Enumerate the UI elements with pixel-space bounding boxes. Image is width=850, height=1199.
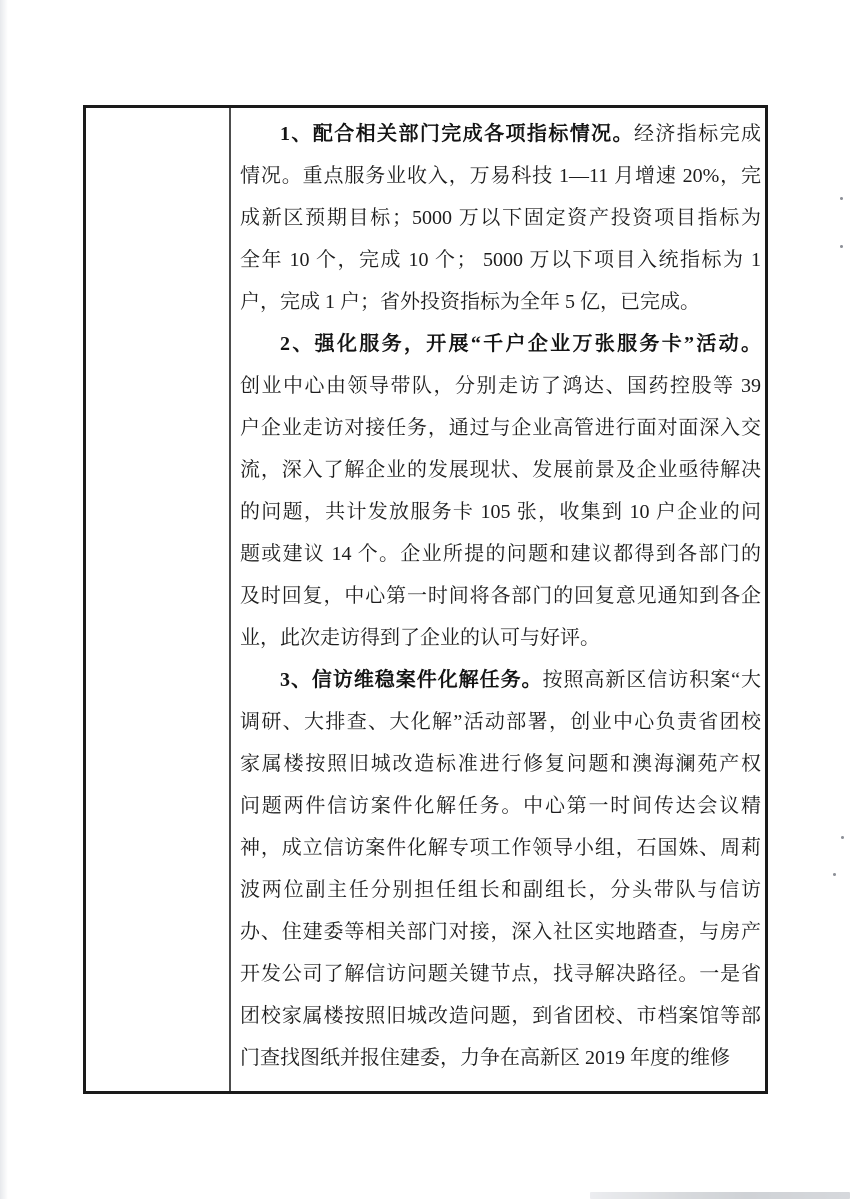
paragraph-text: 创业中心由领导带队，分别走访了鸿达、国药控股等 39 [240,375,761,397]
scanned-document-page: 1、配合相关部门完成各项指标情况。经济指标完成情况。重点服务业收入，万易科技 1… [0,0,850,1199]
paragraph-text: 门查找图纸并报住建委，力争在高新区 2019 年度的维修 [240,1047,730,1069]
paragraph-text: 的问题，共计发放服务卡 105 张，收集到 10 户企业的问 [240,501,761,523]
paragraph-text: 流，深入了解企业的发展现状、发展前景及企业亟待解决 [240,459,761,481]
text-line: 问题两件信访案件化解任务。中心第一时间传达会议精 [240,785,761,827]
table-cell-content: 1、配合相关部门完成各项指标情况。经济指标完成情况。重点服务业收入，万易科技 1… [231,108,765,1091]
text-line: 2、强化服务，开展“千户企业万张服务卡”活动。 [240,323,761,365]
paragraph-text: 全年 10 个，完成 10 个； 5000 万以下项目入统指标为 1 [240,249,761,271]
text-line: 流，深入了解企业的发展现状、发展前景及企业亟待解决 [240,449,761,491]
paragraph-text: 业，此次走访得到了企业的认可与好评。 [240,627,600,649]
text-line: 及时回复，中心第一时间将各部门的回复意见通知到各企 [240,575,761,617]
scan-speck [840,197,843,200]
text-line: 波两位副主任分别担任组长和副组长，分头带队与信访 [240,869,761,911]
text-line: 办、住建委等相关部门对接，深入社区实地踏查，与房产 [240,911,761,953]
paragraph-text: 团校家属楼按照旧城改造问题，到省团校、市档案馆等部 [240,1005,761,1027]
text-line: 情况。重点服务业收入，万易科技 1—11 月增速 20%，完 [240,155,761,197]
text-line: 神，成立信访案件化解专项工作领导小组，石国姝、周莉 [240,827,761,869]
paragraph-lead-bold: 2、强化服务，开展“千户企业万张服务卡”活动。 [280,333,761,355]
paragraph-text: 按照高新区信访积案“大 [543,669,762,691]
text-line: 门查找图纸并报住建委，力争在高新区 2019 年度的维修 [240,1037,761,1079]
text-line: 创业中心由领导带队，分别走访了鸿达、国药控股等 39 [240,365,761,407]
text-line: 业，此次走访得到了企业的认可与好评。 [240,617,761,659]
paragraph-text: 办、住建委等相关部门对接，深入社区实地踏查，与房产 [240,921,761,943]
text-line: 团校家属楼按照旧城改造问题，到省团校、市档案馆等部 [240,995,761,1037]
paragraph-text: 户，完成 1 户；省外投资指标为全年 5 亿，已完成。 [240,291,700,313]
scan-edge-left [0,0,8,1199]
text-line: 的问题，共计发放服务卡 105 张，收集到 10 户企业的问 [240,491,761,533]
paragraph-text: 题或建议 14 个。企业所提的问题和建议都得到各部门的 [240,543,761,565]
text-line: 1、配合相关部门完成各项指标情况。经济指标完成 [240,113,761,155]
paragraph-lead-bold: 3、信访维稳案件化解任务。 [280,669,543,691]
paragraph-text: 问题两件信访案件化解任务。中心第一时间传达会议精 [240,795,761,817]
scan-speck [833,873,836,876]
table-cell-label [86,108,231,1091]
scan-speck [841,836,844,839]
text-line: 成新区预期目标；5000 万以下固定资产投资项目指标为 [240,197,761,239]
text-line: 题或建议 14 个。企业所提的问题和建议都得到各部门的 [240,533,761,575]
text-line: 全年 10 个，完成 10 个； 5000 万以下项目入统指标为 1 [240,239,761,281]
paragraph-text: 家属楼按照旧城改造标准进行修复问题和澳海澜苑产权 [240,753,761,775]
paragraph-text: 情况。重点服务业收入，万易科技 1—11 月增速 20%，完 [240,165,761,187]
text-line: 3、信访维稳案件化解任务。按照高新区信访积案“大 [240,659,761,701]
paragraph-text: 神，成立信访案件化解专项工作领导小组，石国姝、周莉 [240,837,761,859]
report-table: 1、配合相关部门完成各项指标情况。经济指标完成情况。重点服务业收入，万易科技 1… [83,105,768,1094]
paragraph-text: 成新区预期目标；5000 万以下固定资产投资项目指标为 [240,207,761,229]
text-line: 户，完成 1 户；省外投资指标为全年 5 亿，已完成。 [240,281,761,323]
scan-speck [840,245,843,248]
paragraph-text: 户企业走访对接任务，通过与企业高管进行面对面深入交 [240,417,761,439]
paragraph-text: 调研、大排查、大化解”活动部署，创业中心负责省团校 [240,711,761,733]
paragraph-lead-bold: 1、配合相关部门完成各项指标情况。 [280,123,634,145]
text-line: 户企业走访对接任务，通过与企业高管进行面对面深入交 [240,407,761,449]
paragraph-text: 经济指标完成 [634,123,761,145]
paragraph-text: 开发公司了解信访问题关键节点，找寻解决路径。一是省 [240,963,761,985]
paragraph-text: 波两位副主任分别担任组长和副组长，分头带队与信访 [240,879,761,901]
text-line: 调研、大排查、大化解”活动部署，创业中心负责省团校 [240,701,761,743]
text-line: 家属楼按照旧城改造标准进行修复问题和澳海澜苑产权 [240,743,761,785]
paragraph-text: 及时回复，中心第一时间将各部门的回复意见通知到各企 [240,585,761,607]
scan-edge-bottom [590,1192,850,1199]
text-line: 开发公司了解信访问题关键节点，找寻解决路径。一是省 [240,953,761,995]
